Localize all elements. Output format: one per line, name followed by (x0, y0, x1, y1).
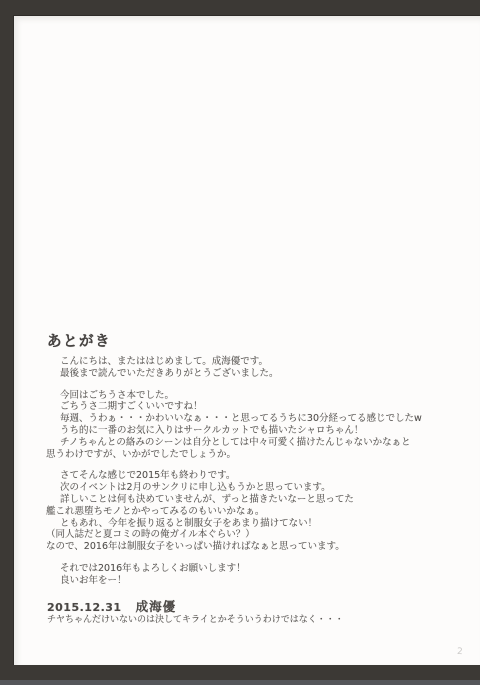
text-line: ともあれ、今年を振り返ると制服女子をあまり描けてない！ (46, 518, 422, 530)
page-number-mark: 2 (457, 647, 463, 657)
text-line: チノちゃんとの絡みのシーンは自分としては中々可愛く描けたんじゃないかなぁと (46, 437, 422, 449)
text-line: こんにちは、またははじめまして。成海優です。 (46, 356, 422, 368)
text-line: うち的に一番のお気に入りはサークルカットでも描いたシャロちゃん！ (46, 425, 422, 437)
scan-border-bottom-strip (0, 680, 480, 685)
text-line: 毎週、うわぁ・・・かわいいなぁ・・・と思ってるうちに30分経ってる感じでしたw (46, 413, 422, 425)
scanned-page: あとがき こんにちは、またははじめまして。成海優です。 最後まで読んでいただきあ… (0, 0, 480, 685)
text-line: ごちうさ二期すごくいいですね！ (46, 401, 422, 413)
text-line: 良いお年をー！ (46, 575, 422, 587)
text-line: さてそんな感じで2015年も終わりです。 (46, 470, 422, 482)
text-line: 詳しいことは何も決めていませんが、ずっと描きたいなーと思ってた (46, 494, 422, 506)
postscript-note: チヤちゃんだけいないのは決してキライとかそういうわけではなく・・・ (47, 612, 344, 625)
text-line: 今回はごちうさ本でした。 (46, 390, 422, 402)
text-line: （同人誌だと夏コミの時の俺ガイル本ぐらい？） (46, 529, 422, 541)
text-line: 艦これ悪堕ちモノとかやってみるのもいいかなぁ。 (46, 506, 422, 518)
text-line: なので、2016年は制服女子をいっぱい描ければなぁと思っています。 (46, 541, 422, 553)
afterword-title: あとがき (47, 330, 111, 351)
afterword-body: こんにちは、またははじめまして。成海優です。 最後まで読んでいただきありがとうご… (46, 356, 422, 587)
text-line: それでは2016年もよろしくお願いします！ (46, 563, 422, 575)
text-line: 最後まで読んでいただきありがとうございました。 (46, 368, 422, 380)
text-line: 次のイベントは2月のサンクリに申し込もうかと思っています。 (46, 482, 422, 494)
text-line: 思うわけですが、いかがでしたでしょうか。 (46, 449, 422, 461)
paper: あとがき こんにちは、またははじめまして。成海優です。 最後まで読んでいただきあ… (13, 15, 480, 665)
